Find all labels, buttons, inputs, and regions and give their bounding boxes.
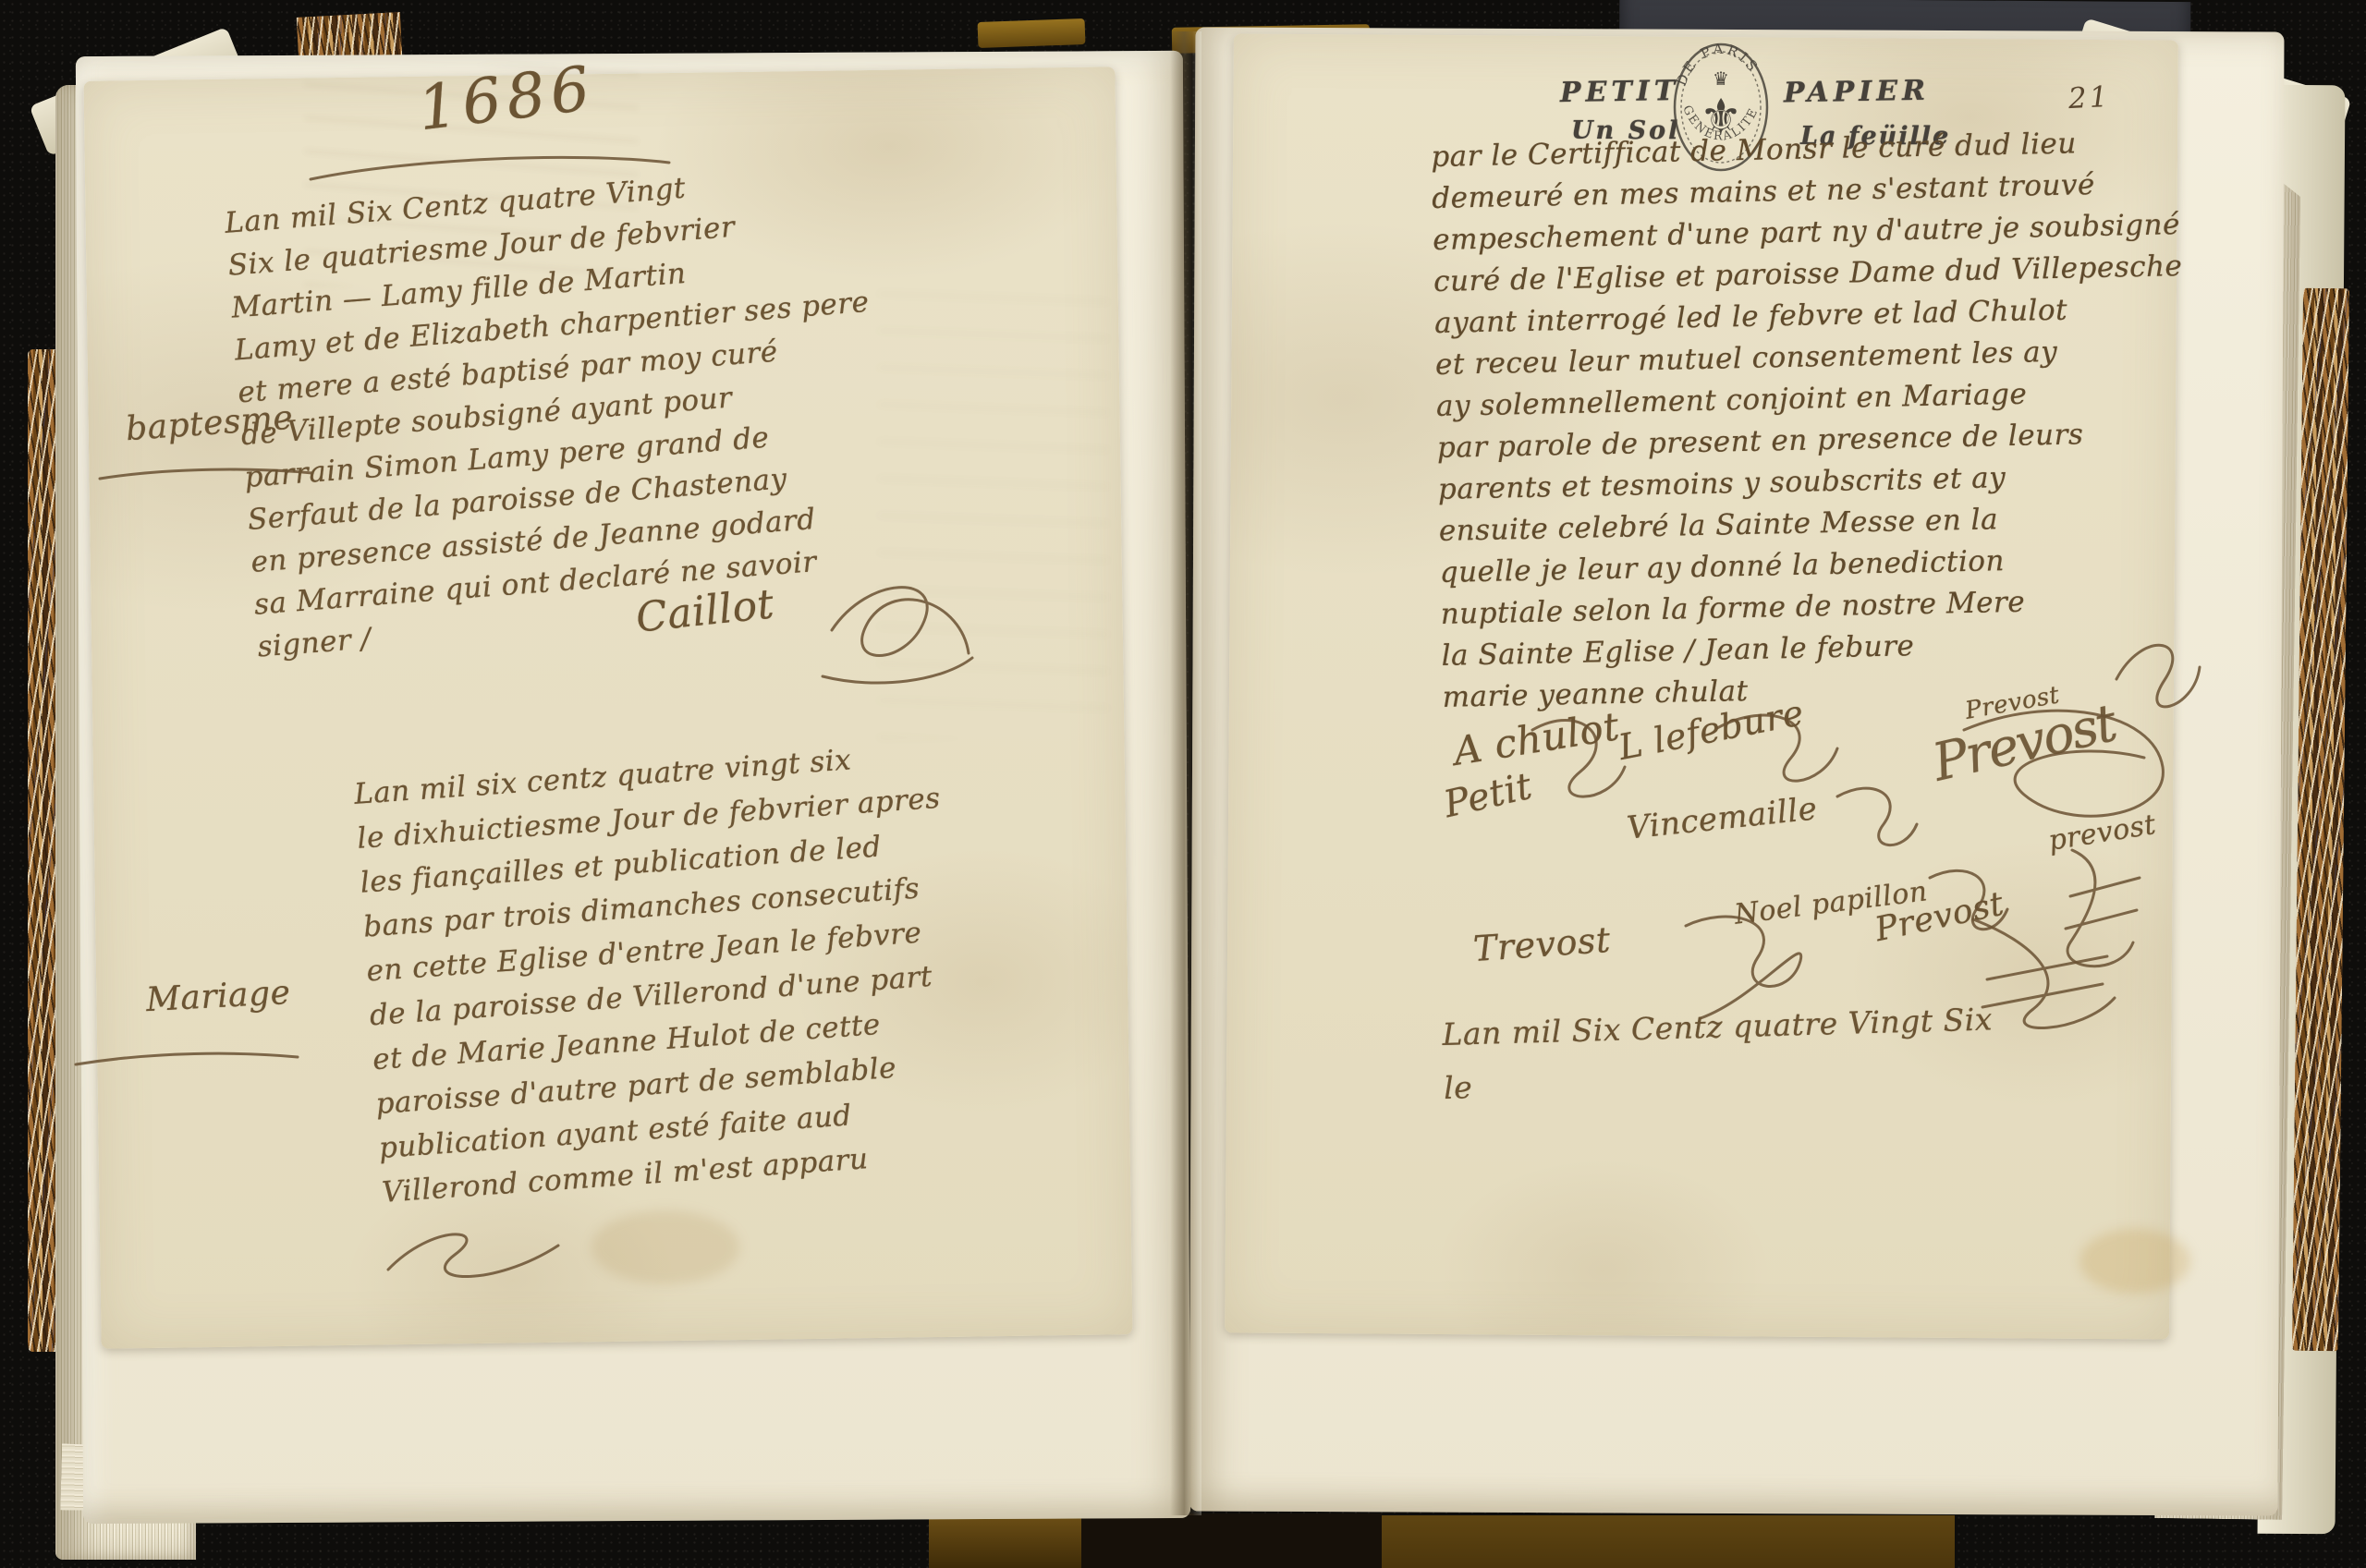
marbled-endpaper-right	[2292, 288, 2349, 1351]
marriage-entry: Lan mil six centz quatre vingt six le di…	[353, 737, 967, 1221]
photographed-register-book: 1686 baptesme Lan mil Six Centz quatre V…	[0, 0, 2366, 1568]
book-cover-shadow-bottom	[1081, 1513, 1382, 1568]
baptism-entry: Lan mil Six Centz quatre Vingt Six le qu…	[224, 158, 894, 673]
signature-paraph	[813, 565, 980, 695]
book-cover-gold-edge-bottom	[1382, 1515, 1955, 1568]
book-cover-gold-edge-top	[978, 18, 1086, 48]
tax-stamp-word-right: PAPIER	[1784, 75, 1931, 110]
marriage-note-underline	[72, 1046, 303, 1072]
book-gutter	[1170, 31, 1201, 1515]
paper-stain	[2079, 1229, 2190, 1294]
tax-stamp-word-left: PETIT	[1560, 75, 1680, 109]
signature-flourishes	[1423, 591, 2237, 1053]
book-cover-gold-edge-bottom	[929, 1513, 1081, 1568]
margin-note-marriage: Mariage	[145, 974, 291, 1019]
closing-flourish	[377, 1212, 571, 1300]
closing-entry: Lan mil Six Centz quatre Vingt Six le	[1442, 1001, 1994, 1124]
page-number: 21	[2067, 80, 2111, 115]
seal-crown-icon: ♛	[1713, 67, 1729, 90]
paper-stain	[591, 1210, 739, 1284]
